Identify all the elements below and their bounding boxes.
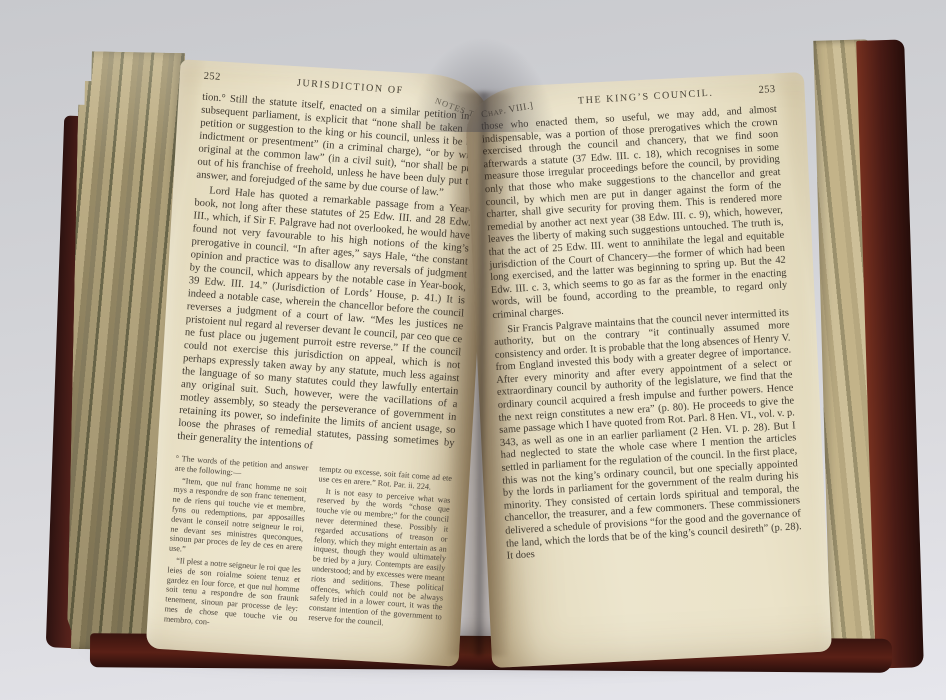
right-page-body: those who enacted them, so useful, we ma…: [481, 104, 803, 564]
footnote: It is not easy to perceive what was rese…: [308, 486, 451, 633]
photo-background: 252 JURISDICTION OF NOTES TO tion.° Stil…: [0, 0, 946, 700]
footnote-column-1: ° The words of the petition and answer a…: [163, 454, 308, 636]
left-page-number: 252: [203, 71, 221, 83]
left-page-footnotes: ° The words of the petition and answer a…: [163, 454, 452, 646]
right-page-content: Chap. VIII.] THE KING’S COUNCIL. 253 tho…: [480, 84, 809, 663]
chapter-header: Chap. VIII.]: [480, 101, 534, 120]
footnote: “Item, que nul franc homme ne soit mys a…: [169, 475, 307, 563]
footnote-column-2: temptz ou excesse, soit fait come ad ete…: [307, 464, 452, 646]
footnote: “Il plest a notre seigneur le roi que le…: [164, 555, 302, 633]
paragraph: Sir Francis Palgrave maintains that the …: [493, 307, 803, 563]
paragraph: those who enacted them, so useful, we ma…: [481, 104, 788, 323]
paragraph: Lord Hale has quoted a remarkable passag…: [177, 183, 472, 463]
right-running-header: THE KING’S COUNCIL.: [532, 85, 758, 109]
right-page: Chap. VIII.] THE KING’S COUNCIL. 253 tho…: [464, 72, 832, 668]
left-page-content: 252 JURISDICTION OF NOTES TO tion.° Stil…: [162, 71, 480, 662]
paragraph: tion.° Still the statute itself, enacted…: [196, 91, 479, 202]
left-page-body: tion.° Still the statute itself, enacted…: [177, 91, 479, 463]
left-page: 252 JURISDICTION OF NOTES TO tion.° Stil…: [146, 59, 493, 667]
right-page-number: 253: [758, 84, 776, 96]
